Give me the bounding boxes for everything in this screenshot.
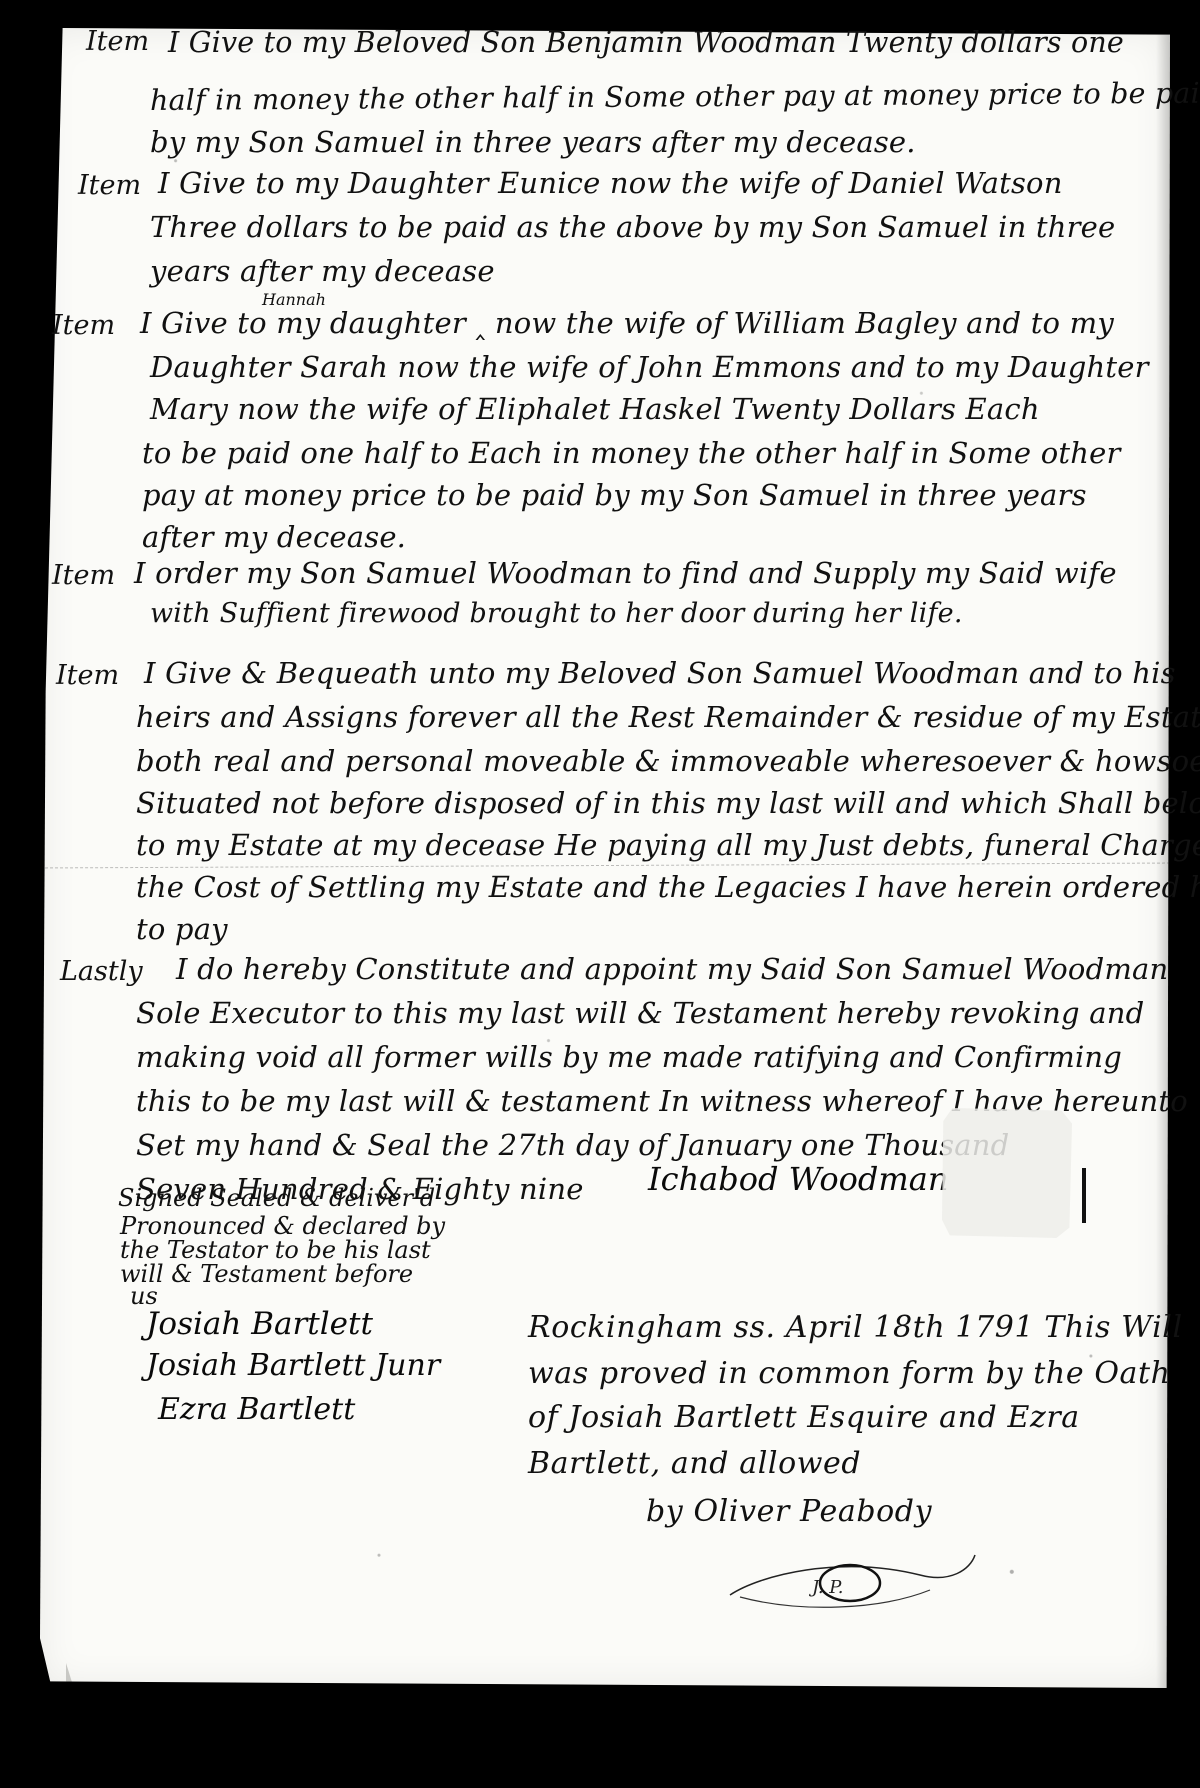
probate-line: of Josiah Bartlett Esquire and Ezra: [528, 1400, 1080, 1435]
clause-4-line-1: I order my Son Samuel Woodman to find an…: [134, 556, 1117, 590]
clause-5-line-4: Situated not before disposed of in this …: [136, 786, 1200, 820]
clause-label: Lastly: [60, 956, 143, 987]
clause-3-line-3: Mary now the wife of Eliphalet Haskel Tw…: [150, 392, 1040, 426]
clause-5-line-6: the Cost of Settling my Estate and the L…: [136, 870, 1200, 904]
clause-label: Item: [86, 26, 149, 57]
witness-signature: Ezra Bartlett: [158, 1392, 355, 1427]
fold-crease: [40, 863, 1170, 870]
clause-5-line-7: to pay: [136, 912, 228, 946]
attestation-line: Pronounced & declared by: [120, 1214, 445, 1238]
attestation-line: us: [130, 1284, 158, 1308]
wax-seal-impression: [942, 1108, 1072, 1238]
judge-flourish-icon: J. P.: [720, 1535, 980, 1615]
clause-2-line-3: years after my decease: [150, 254, 495, 288]
probate-line: Bartlett, and allowed: [528, 1446, 861, 1481]
clause-label: Item: [52, 310, 115, 341]
clause-6-line-5: Set my hand & Seal the 27th day of Janua…: [136, 1128, 1009, 1162]
testator-signature: Ichabod Woodman: [648, 1160, 948, 1198]
clause-2-line-1: I Give to my Daughter Eunice now the wif…: [158, 166, 1063, 200]
torn-corner: [66, 1663, 80, 1708]
clause-label: Item: [52, 560, 115, 591]
witness-signature: Josiah Bartlett Junr: [146, 1348, 440, 1383]
seal-edge-mark: [1082, 1168, 1086, 1223]
clause-1-line-3: by my Son Samuel in three years after my…: [150, 125, 916, 159]
probate-line: Rockingham ss. April 18th 1791 This Will: [528, 1310, 1183, 1345]
clause-3-line-1: I Give to my daughter ‸ now the wife of …: [140, 306, 1114, 340]
clause-4-line-2: with Suffient firewood brought to her do…: [150, 598, 963, 629]
clause-6-line-1: I do hereby Constitute and appoint my Sa…: [176, 952, 1168, 986]
attestation-line: the Testator to be his last: [120, 1238, 431, 1262]
clause-3-line-6: after my decease.: [142, 520, 406, 554]
clause-5-line-2: heirs and Assigns forever all the Rest R…: [136, 700, 1200, 734]
clause-2-line-2: Three dollars to be paid as the above by…: [150, 210, 1115, 244]
attestation-line: Signed Sealed & deliver'd: [118, 1186, 435, 1210]
clause-label: Item: [56, 660, 119, 691]
attestation-line: will & Testament before: [120, 1262, 413, 1286]
clause-label: Item: [78, 170, 141, 201]
clause-3-line-4: to be paid one half to Each in money the…: [142, 436, 1121, 470]
clause-6-line-3: making void all former wills by me made …: [136, 1040, 1122, 1074]
clause-3-line-2: Daughter Sarah now the wife of John Emmo…: [150, 350, 1149, 384]
clause-5-line-1: I Give & Bequeath unto my Beloved Son Sa…: [144, 656, 1176, 690]
svg-text:J. P.: J. P.: [808, 1577, 843, 1598]
clause-5-line-5: to my Estate at my decease He paying all…: [136, 828, 1200, 862]
probate-line: was proved in common form by the Oath: [528, 1356, 1171, 1391]
clause-1-line-1: I Give to my Beloved Son Benjamin Woodma…: [168, 26, 1124, 59]
probate-signature: by Oliver Peabody: [646, 1494, 932, 1529]
clause-3-line-5: pay at money price to be paid by my Son …: [142, 478, 1087, 512]
clause-6-line-2: Sole Executor to this my last will & Tes…: [136, 996, 1144, 1030]
clause-5-line-3: both real and personal moveable & immove…: [136, 744, 1200, 778]
witness-signature: Josiah Bartlett: [146, 1306, 373, 1342]
